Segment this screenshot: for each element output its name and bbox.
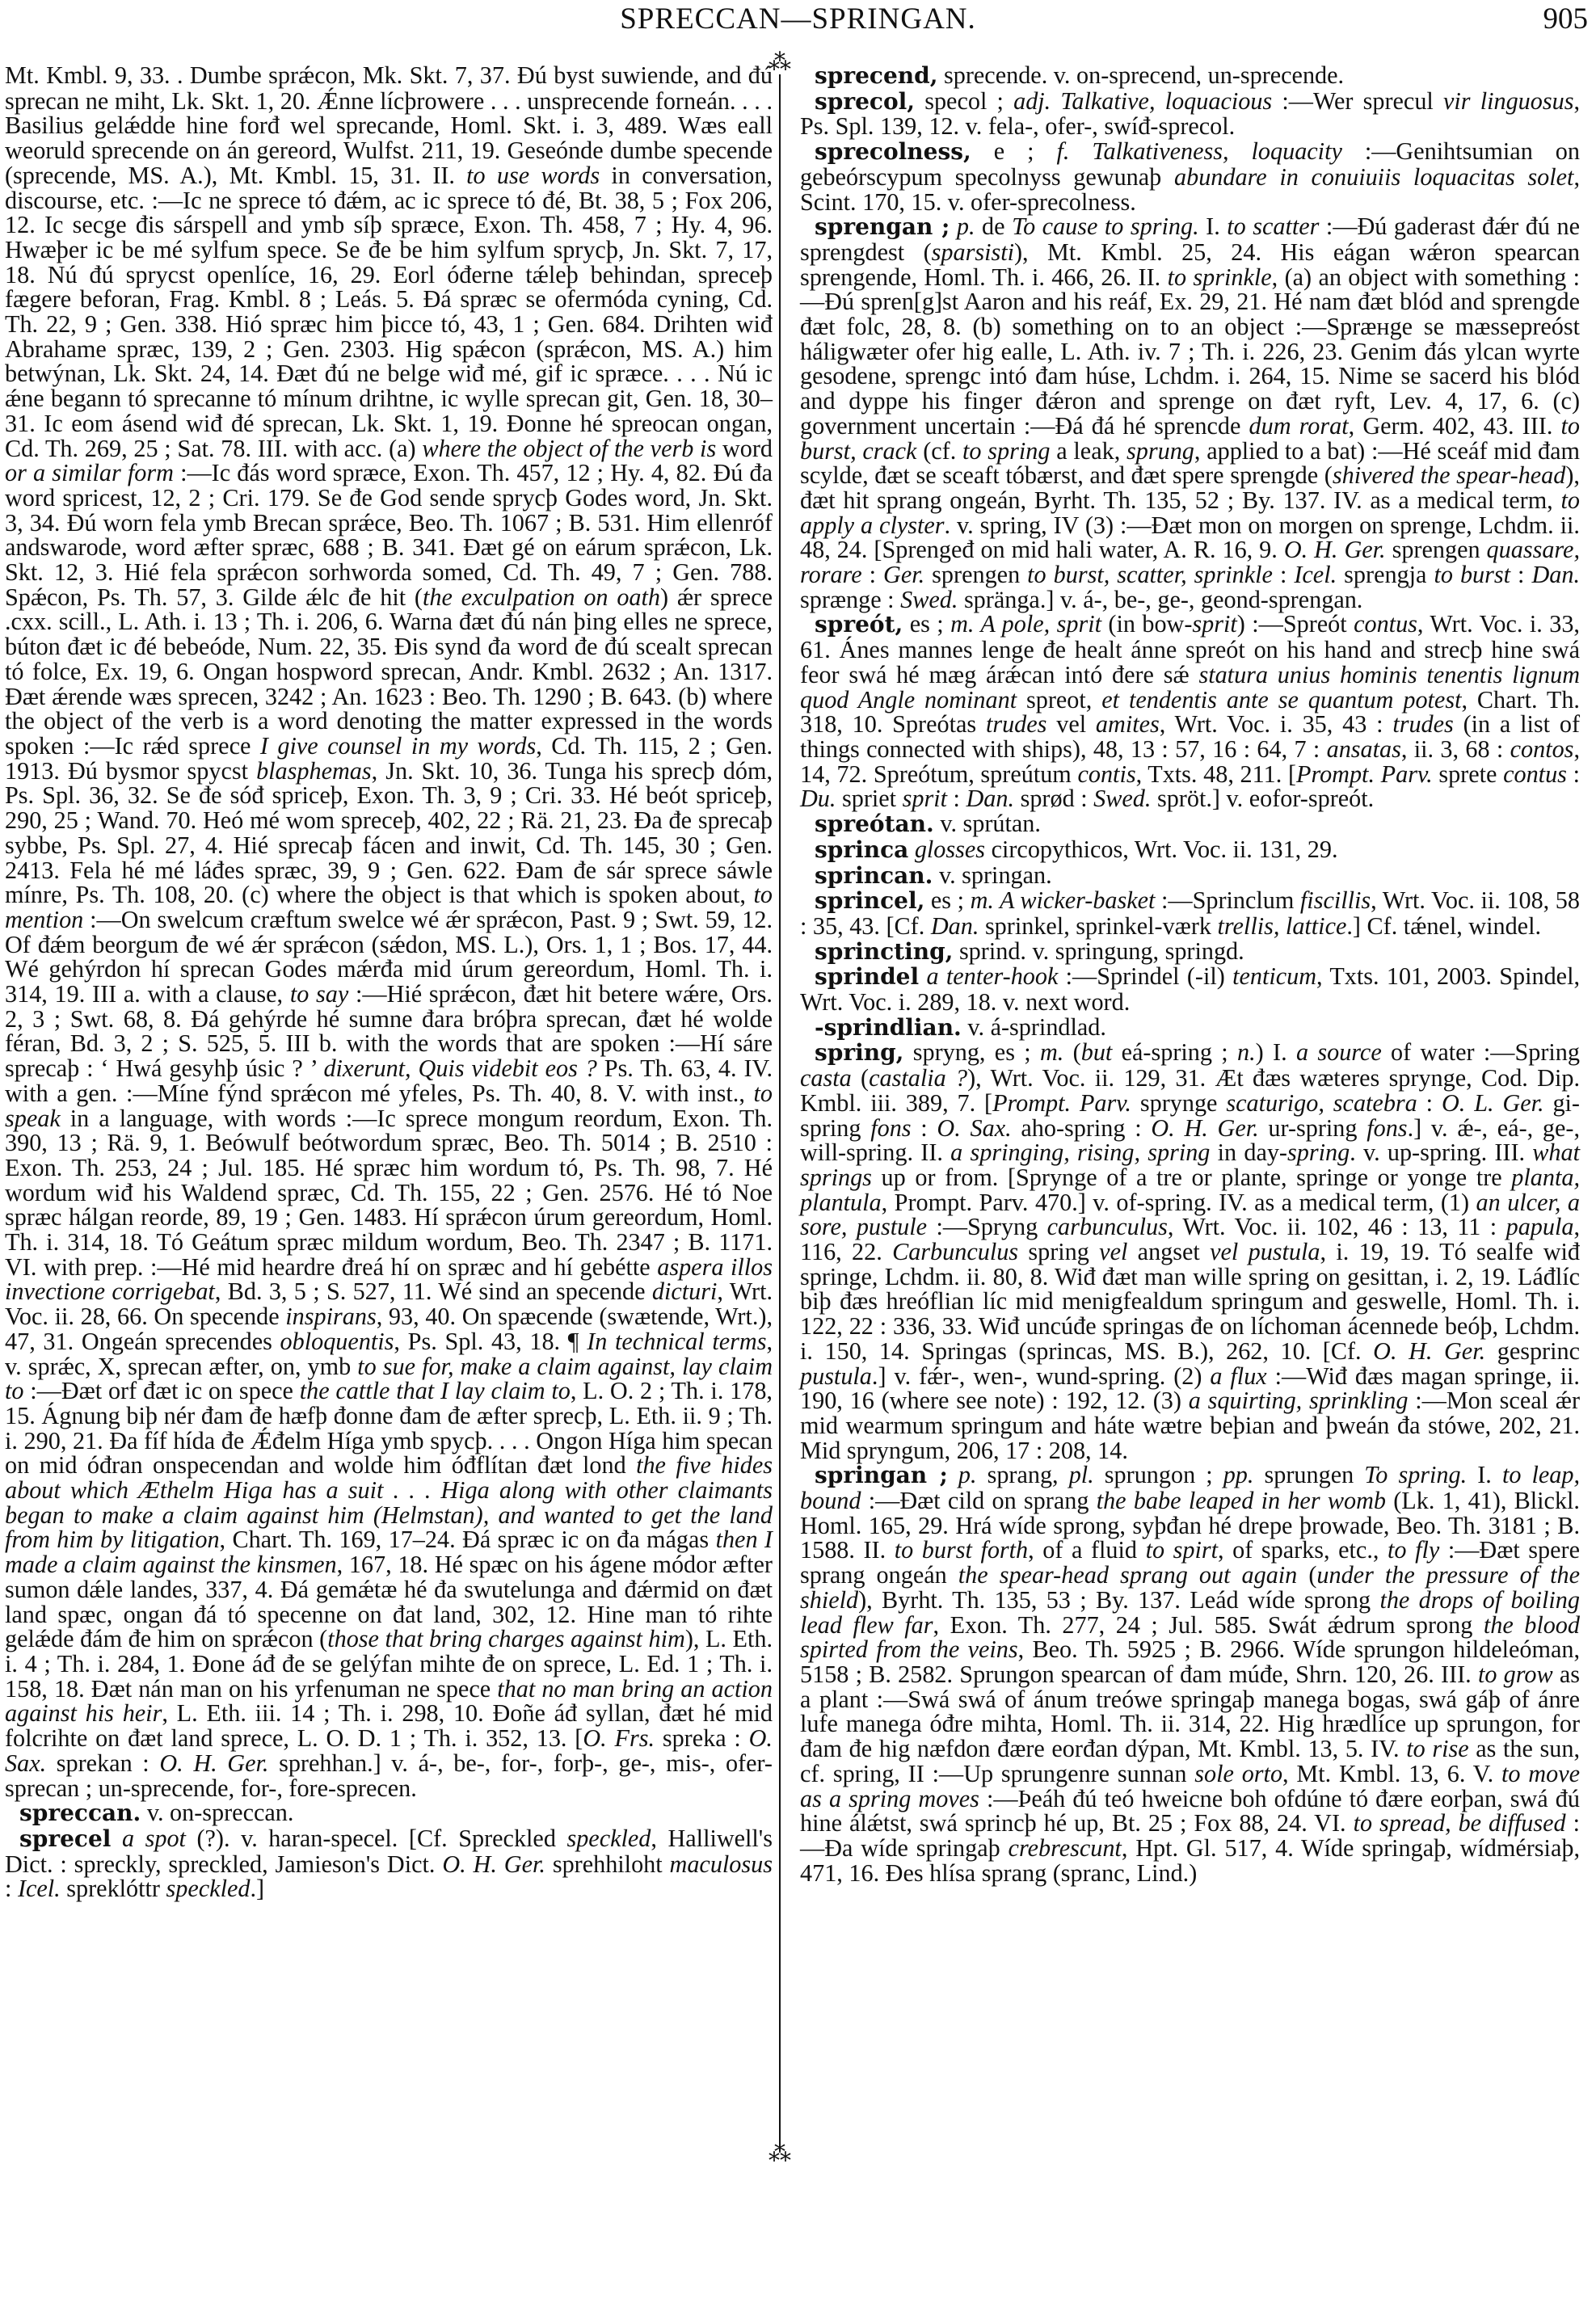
entry-body: v. on-spreccan.	[141, 1799, 293, 1826]
headword: -sprindlian.	[815, 1014, 962, 1041]
headword: sprindel	[815, 963, 919, 990]
headword: sprecolness,	[815, 138, 971, 165]
entry-body: sprind. v. springung, springd.	[953, 937, 1244, 965]
headword: sprinca	[815, 836, 908, 863]
headword: spreccan.	[19, 1800, 141, 1826]
dictionary-entry: spreót, es ; m. A pole, sprit (in bow-sp…	[800, 612, 1580, 811]
page-number: 905	[1543, 2, 1589, 36]
entry-body: specol ; adj. Talkative, loquacious :—We…	[800, 87, 1580, 141]
dictionary-entry: sprincan. v. springan.	[800, 863, 1580, 889]
headword: sprecel	[19, 1825, 111, 1852]
entry-body: p. de To cause to spring. I. to scatter …	[800, 213, 1580, 613]
entry-body: Mt. Kmbl. 9, 33. . Dumbe sprǽcon, Mk. Sk…	[5, 61, 773, 1802]
dictionary-entry: sprecol, specol ; adj. Talkative, loquac…	[800, 89, 1580, 139]
entry-body: v. sprútan.	[934, 810, 1041, 837]
right-column: sprecend, sprecende. v. on-sprecend, un-…	[800, 63, 1580, 1885]
headword: sprengan ;	[815, 213, 950, 240]
dictionary-entry: -sprindlian. v. á-sprindlad.	[800, 1015, 1580, 1041]
dictionary-entry: sprecolness, e ; f. Talkativeness, loqua…	[800, 139, 1580, 214]
entry-body: v. á-sprindlad.	[962, 1013, 1106, 1041]
entry-body: es ; m. A pole, sprit (in bow-sprit) :—S…	[800, 610, 1580, 812]
dictionary-entry: sprengan ; p. de To cause to spring. I. …	[800, 214, 1580, 612]
headword: springan ;	[815, 1462, 948, 1488]
entry-body: sprecende. v. on-sprecend, un-sprecende.	[937, 61, 1344, 89]
dictionary-entry: spreótan. v. sprútan.	[800, 811, 1580, 837]
entry-body: v. springan.	[933, 861, 1051, 889]
headword: sprecol,	[815, 88, 915, 115]
left-column: Mt. Kmbl. 9, 33. . Dumbe sprǽcon, Mk. Sk…	[5, 63, 773, 1901]
column-divider	[779, 74, 781, 2151]
entry-body: a spot (?). v. haran-specel. [Cf. Spreck…	[5, 1825, 773, 1902]
dictionary-entry: spreccan. v. on-spreccan.	[5, 1800, 773, 1826]
headword: spreót,	[815, 611, 903, 638]
dictionary-entry: sprindel a tenter-hook :—Sprindel (-il) …	[800, 964, 1580, 1014]
entry-body: p. sprang, pl. sprungon ; pp. sprungen T…	[800, 1461, 1580, 1886]
headword: sprincan.	[815, 862, 933, 889]
dictionary-entry: sprinca glosses circopythicos, Wrt. Voc.…	[800, 837, 1580, 863]
dictionary-entry: sprincel, es ; m. A wicker-basket :—Spri…	[800, 888, 1580, 938]
dictionary-entry: springan ; p. sprang, pl. sprungon ; pp.…	[800, 1463, 1580, 1885]
dictionary-entry: Mt. Kmbl. 9, 33. . Dumbe sprǽcon, Mk. Sk…	[5, 63, 773, 1800]
entry-body: spryng, es ; m. (but eá-spring ; n.) I. …	[800, 1038, 1580, 1463]
headword: sprincel,	[815, 887, 924, 914]
trefoil-ornament-icon: ⁂	[769, 2143, 791, 2166]
dictionary-entry: sprincting, sprind. v. springung, spring…	[800, 939, 1580, 965]
headword: sprincting,	[815, 938, 953, 965]
dictionary-entry: sprecel a spot (?). v. haran-specel. [Cf…	[5, 1826, 773, 1901]
headword: spring,	[815, 1039, 903, 1066]
running-title: SPRECCAN—SPRINGAN.	[0, 2, 1596, 36]
dictionary-entry: sprecend, sprecende. v. on-sprecend, un-…	[800, 63, 1580, 89]
headword: spreótan.	[815, 810, 934, 837]
headword: sprecend,	[815, 62, 937, 89]
entry-body: glosses circopythicos, Wrt. Voc. ii. 131…	[908, 836, 1337, 863]
dictionary-entry: spring, spryng, es ; m. (but eá-spring ;…	[800, 1040, 1580, 1463]
page-header: SPRECCAN—SPRINGAN. 905	[0, 0, 1596, 40]
